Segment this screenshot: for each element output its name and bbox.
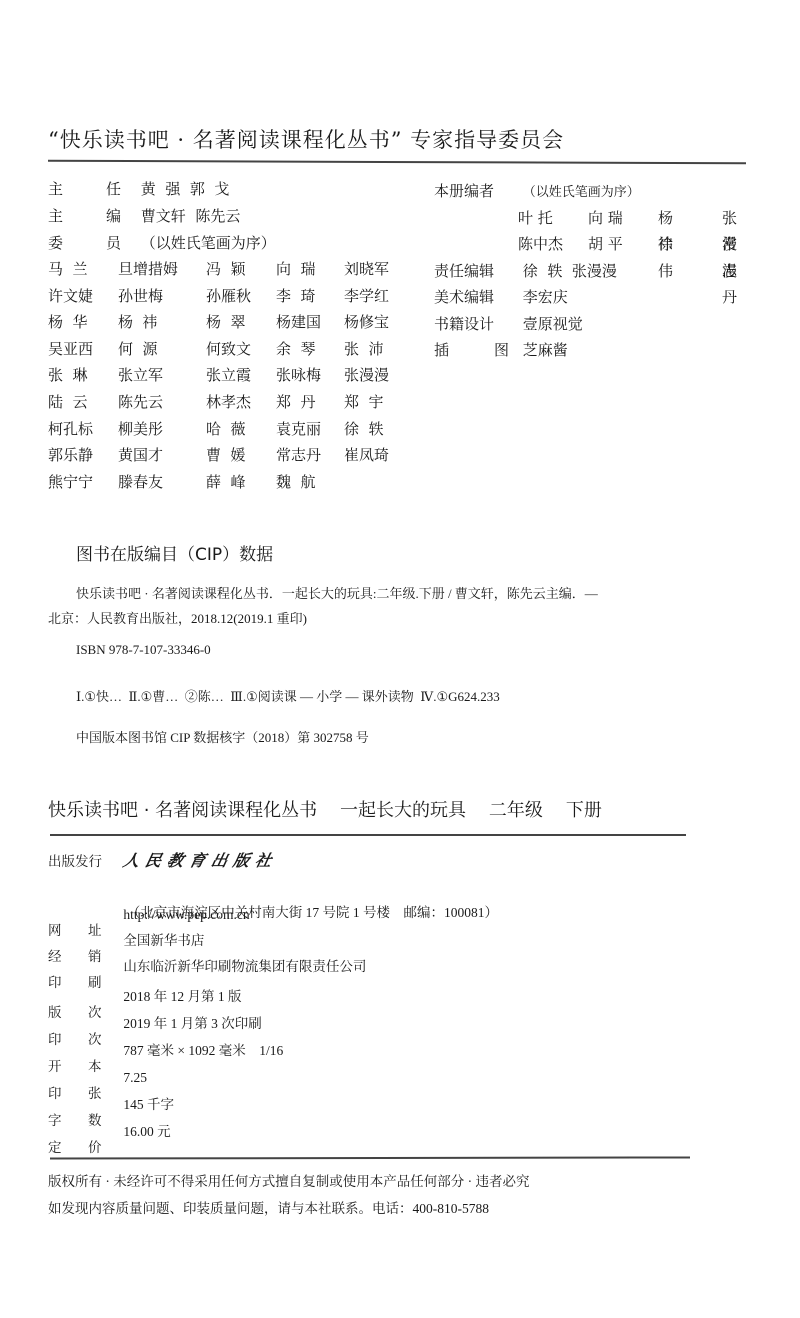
member-name: 林孝杰 (206, 389, 251, 416)
member-row: 张 琳 张立军 张立霞 张咏梅 张漫漫 (48, 362, 408, 389)
member-name: 陈先云 (118, 389, 163, 416)
member-name: 李 琦 (276, 283, 316, 310)
members-note: （以姓氏笔画为序） (141, 234, 276, 252)
editors-note: （以姓氏笔画为序） (523, 185, 640, 200)
sheets-row: 印张 7.25 (48, 1066, 147, 1090)
member-name: 向 瑞 (276, 256, 316, 283)
members-row: 委员 （以姓氏笔画为序） (48, 230, 276, 256)
edition-row: 版次 2018 年 12 月第 1 版 (48, 985, 242, 1009)
member-name: 郑 丹 (276, 389, 316, 416)
member-name: 薛 峰 (206, 469, 246, 496)
responsible-editor-value: 徐 轶 张漫漫 (523, 262, 617, 280)
member-name: 熊宁宁 (48, 469, 93, 496)
member-name: 刘晓军 (344, 256, 389, 283)
member-name: 徐 轶 (344, 416, 384, 443)
editor-name: 向 瑞 (588, 205, 623, 232)
sheets-value: 7.25 (123, 1070, 147, 1085)
art-editor-value: 李宏庆 (523, 288, 568, 306)
member-name: 张立军 (118, 362, 163, 389)
illustration-value: 芝麻酱 (523, 341, 568, 359)
cip-verification: 中国版本图书馆 CIP 数据核字（2018）第 302758 号 (76, 727, 369, 746)
member-row: 柯孔标 柳美彤 哈 薇 袁克丽 徐 轶 (48, 416, 408, 443)
editors-label: 本册编者 (434, 178, 518, 205)
member-row: 郭乐静 黄国才 曹 媛 常志丹 崔凤琦 (48, 442, 408, 469)
member-name: 杨 祎 (118, 309, 158, 336)
member-name: 张立霞 (206, 362, 251, 389)
member-name: 杨建国 (276, 309, 321, 336)
editor-name: 常志丹 (722, 231, 737, 311)
editor-name: 徐 伟 (658, 231, 673, 284)
publisher-row: 出版发行 人民教育出版社 (48, 850, 277, 874)
impression-row: 印次 2019 年 1 月第 3 次印刷 (48, 1012, 262, 1036)
quality-contact: 如发现内容质量问题、印装质量问题，请与本社联系。电话：400-810-5788 (48, 1197, 489, 1217)
member-name: 柯孔标 (48, 416, 93, 443)
editors-row: 叶 托 向 瑞 杨 祎 张漫漫 (434, 205, 640, 232)
member-name: 柳美彤 (118, 416, 163, 443)
member-name: 旦增措姆 (118, 256, 178, 283)
member-name: 杨修宝 (344, 309, 389, 336)
member-row: 许文婕 孙世梅 孙雁秋 李 琦 李学红 (48, 283, 408, 310)
member-row: 马 兰 旦增措姆 冯 颖 向 瑞 刘晓军 (48, 256, 408, 283)
member-row: 杨 华 杨 祎 杨 翠 杨建国 杨修宝 (48, 309, 408, 336)
distributor-row: 经销 全国新华书店 (48, 929, 204, 953)
divider-middle (50, 834, 686, 836)
divider-bottom (50, 1156, 690, 1159)
format-row: 开本 787 毫米 × 1092 毫米 1/16 (48, 1039, 283, 1063)
member-name: 哈 薇 (206, 416, 246, 443)
responsible-editor-label: 责任编辑 (434, 258, 518, 285)
printer-value: 山东临沂新华印刷物流集团有限责任公司 (123, 959, 366, 974)
book-title: 快乐读书吧 · 名著阅读课程化丛书 一起长大的玩具 二年级 下册 (48, 796, 602, 822)
member-name: 杨 华 (48, 309, 88, 336)
cip-line-1: 快乐读书吧 · 名著阅读课程化丛书．一起长大的玩具:二年级.下册 / 曹文轩，陈… (76, 583, 598, 602)
chief-editor-names: 曹文轩 陈先云 (141, 207, 241, 225)
member-name: 曹 媛 (206, 442, 246, 469)
responsible-editor-row: 责任编辑 徐 轶 张漫漫 (434, 258, 640, 285)
director-row: 主任 黄 强 郭 戈 (48, 176, 229, 202)
member-names-grid: 马 兰 旦增措姆 冯 颖 向 瑞 刘晓军 许文婕 孙世梅 孙雁秋 李 琦 李学红… (48, 256, 408, 495)
member-name: 余 琴 (276, 336, 316, 363)
copyright-notice: 版权所有 · 未经许可不得采用任何方式擅自复制或使用本产品任何部分 · 违者必究 (48, 1170, 530, 1190)
word-count-value: 145 千字 (123, 1097, 174, 1112)
member-name: 孙雁秋 (206, 283, 251, 310)
member-name: 杨 翠 (206, 309, 246, 336)
website-link[interactable]: http://www.pep.com.cn (123, 907, 249, 922)
book-staff: 本册编者 （以姓氏笔画为序） 叶 托 向 瑞 杨 祎 张漫漫 陈中杰 胡 平 徐… (434, 178, 640, 364)
member-name: 孙世梅 (118, 283, 163, 310)
member-name: 马 兰 (48, 256, 88, 283)
format-value: 787 毫米 × 1092 毫米 1/16 (123, 1043, 283, 1058)
book-design-label: 书籍设计 (434, 311, 518, 338)
member-row: 陆 云 陈先云 林孝杰 郑 丹 郑 宇 (48, 389, 408, 416)
member-name: 李学红 (344, 283, 389, 310)
member-name: 张咏梅 (276, 362, 321, 389)
cip-isbn: ISBN 978-7-107-33346-0 (76, 642, 211, 658)
art-editor-row: 美术编辑 李宏庆 (434, 284, 640, 311)
art-editor-label: 美术编辑 (434, 284, 518, 311)
illustration-label: 插图 (434, 337, 518, 364)
impression-value: 2019 年 1 月第 3 次印刷 (123, 1016, 261, 1031)
editors-header-row: 本册编者 （以姓氏笔画为序） (434, 178, 640, 205)
address-row: （北京市海淀区中关村南大街 17 号院 1 号楼 邮编：100081） (120, 877, 498, 901)
member-name: 张 沛 (344, 336, 384, 363)
director-names: 黄 强 郭 戈 (141, 180, 230, 198)
member-name: 张漫漫 (344, 362, 389, 389)
member-row: 熊宁宁 滕春友 薛 峰 魏 航 (48, 469, 408, 496)
member-name: 常志丹 (276, 442, 321, 469)
editor-name: 叶 托 (518, 205, 553, 232)
publisher-logo: 人民教育出版社 (121, 850, 280, 874)
member-name: 郭乐静 (48, 442, 93, 469)
member-name: 陆 云 (48, 389, 88, 416)
member-name: 吴亚西 (48, 336, 93, 363)
members-label: 委员 (48, 230, 136, 256)
member-name: 何致文 (206, 336, 251, 363)
distributor-value: 全国新华书店 (123, 933, 204, 948)
cip-classification: Ⅰ.①快… Ⅱ.①曹… ②陈… Ⅲ.①阅读课 — 小学 — 课外读物 Ⅳ.①G6… (76, 686, 500, 705)
chief-editor-label: 主编 (48, 203, 136, 229)
edition-value: 2018 年 12 月第 1 版 (123, 989, 241, 1004)
member-name: 何 源 (118, 336, 158, 363)
chief-editor-row: 主编 曹文轩 陈先云 (48, 203, 240, 229)
member-name: 许文婕 (48, 283, 93, 310)
website-row: 网址 http://www.pep.com.cn (48, 903, 250, 927)
member-row: 吴亚西 何 源 何致文 余 琴 张 沛 (48, 336, 408, 363)
member-name: 滕春友 (118, 469, 163, 496)
cip-line-2: 北京：人民教育出版社，2018.12(2019.1 重印) (48, 608, 307, 627)
member-name: 冯 颖 (206, 256, 246, 283)
member-name: 张 琳 (48, 362, 88, 389)
publisher-label: 出版发行 (48, 850, 120, 874)
price-row: 定价 16.00 元 (48, 1120, 171, 1144)
printer-row: 印刷 山东临沂新华印刷物流集团有限责任公司 (48, 955, 366, 979)
editors-row: 陈中杰 胡 平 徐 伟 常志丹 (434, 231, 640, 258)
editor-name: 胡 平 (588, 231, 623, 258)
cip-title: 图书在版编目（CIP）数据 (76, 540, 273, 565)
member-name: 郑 宇 (344, 389, 384, 416)
divider-top (48, 160, 746, 164)
illustration-row: 插图 芝麻酱 (434, 337, 640, 364)
director-label: 主任 (48, 176, 136, 202)
book-design-row: 书籍设计 壹原视觉 (434, 311, 640, 338)
member-name: 崔凤琦 (344, 442, 389, 469)
member-name: 袁克丽 (276, 416, 321, 443)
book-design-value: 壹原视觉 (523, 315, 583, 333)
editor-name: 陈中杰 (518, 231, 563, 258)
committee-title: “快乐读书吧 · 名著阅读课程化丛书” 专家指导委员会 (48, 124, 564, 154)
word-count-row: 字数 145 千字 (48, 1093, 174, 1117)
member-name: 魏 航 (276, 469, 316, 496)
member-name: 黄国才 (118, 442, 163, 469)
price-value: 16.00 元 (123, 1124, 170, 1139)
